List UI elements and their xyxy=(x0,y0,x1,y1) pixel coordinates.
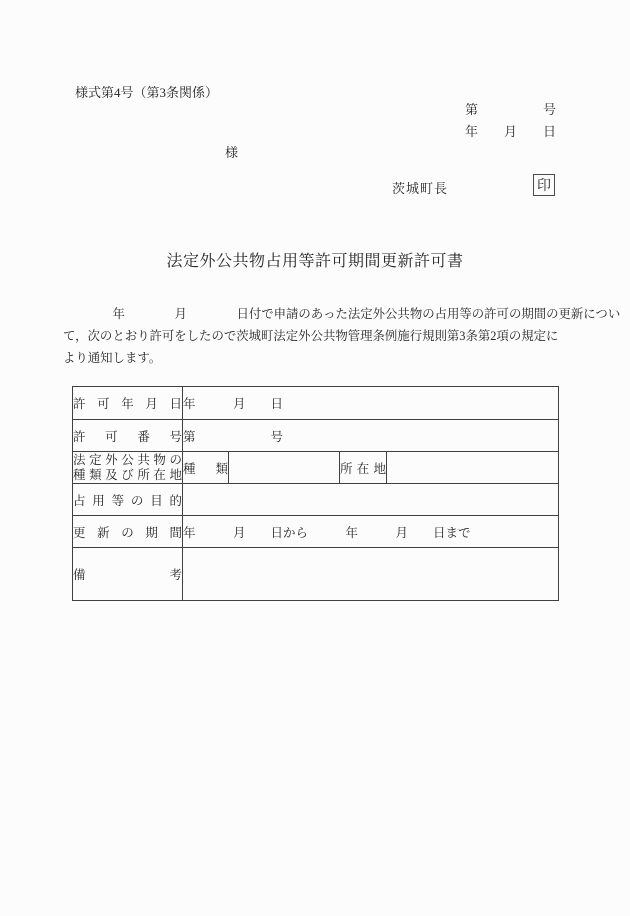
purpose-label: 占用等の目的 xyxy=(73,491,182,509)
remarks-value xyxy=(183,548,559,601)
permit-details-table: 許可年月日 年 月 日 許可番号 第 号 法定外公共物の 種類及び所在地 種類 xyxy=(72,386,559,601)
table-row-purpose: 占用等の目的 xyxy=(73,484,559,516)
permission-number-label: 許可番号 xyxy=(73,427,182,445)
permission-date-label: 許可年月日 xyxy=(73,394,182,412)
table-row-remarks: 備考 xyxy=(73,548,559,601)
property-location-label: 所在地 xyxy=(340,459,386,477)
purpose-value xyxy=(183,484,559,516)
property-location-value xyxy=(387,452,559,484)
form-id-label: 様式第4号（第3条関係） xyxy=(75,82,218,101)
body-line-1: 年 月 日付で申請のあった法定外公共物の占用等の許可の期間の更新につい xyxy=(63,303,568,325)
document-title: 法定外公共物占用等許可期間更新許可書 xyxy=(0,248,630,271)
table-row-permission-number: 許可番号 第 号 xyxy=(73,420,559,452)
permission-number-value: 第 号 xyxy=(183,420,559,452)
property-type-label: 種類 xyxy=(183,459,228,477)
property-label-line1: 法定外公共物の xyxy=(73,453,182,468)
seal-box: 印 xyxy=(533,174,555,196)
issuer-name: 茨城町長 xyxy=(392,178,448,197)
renewal-period-label: 更新の期間 xyxy=(73,523,182,541)
document-number-line: 第 号 xyxy=(465,99,556,118)
document-page: 様式第4号（第3条関係） 第 号 年 月 日 様 茨城町長 印 法定外公共物占用… xyxy=(0,0,630,916)
addressee-honorific: 様 xyxy=(225,142,238,161)
property-label-line2: 種類及び所在地 xyxy=(73,468,182,483)
body-line-3: より通知します。 xyxy=(63,347,568,369)
table-row-renewal-period: 更新の期間 年 月 日から 年 月 日まで xyxy=(73,516,559,548)
property-type-value xyxy=(229,452,340,484)
renewal-period-value: 年 月 日から 年 月 日まで xyxy=(183,516,559,548)
permission-date-value: 年 月 日 xyxy=(183,387,559,420)
body-line-2: て，次のとおり許可をしたので茨城町法定外公共物管理条例施行規則第3条第2項の規定… xyxy=(63,325,568,347)
table-row-permission-date: 許可年月日 年 月 日 xyxy=(73,387,559,420)
property-label: 法定外公共物の 種類及び所在地 xyxy=(73,453,182,483)
document-date-line: 年 月 日 xyxy=(465,121,556,140)
seal-character: 印 xyxy=(537,175,551,195)
body-paragraph: 年 月 日付で申請のあった法定外公共物の占用等の許可の期間の更新につい て，次の… xyxy=(63,303,568,369)
table-row-property: 法定外公共物の 種類及び所在地 種類 所在地 xyxy=(73,452,559,484)
remarks-label: 備考 xyxy=(73,565,182,583)
